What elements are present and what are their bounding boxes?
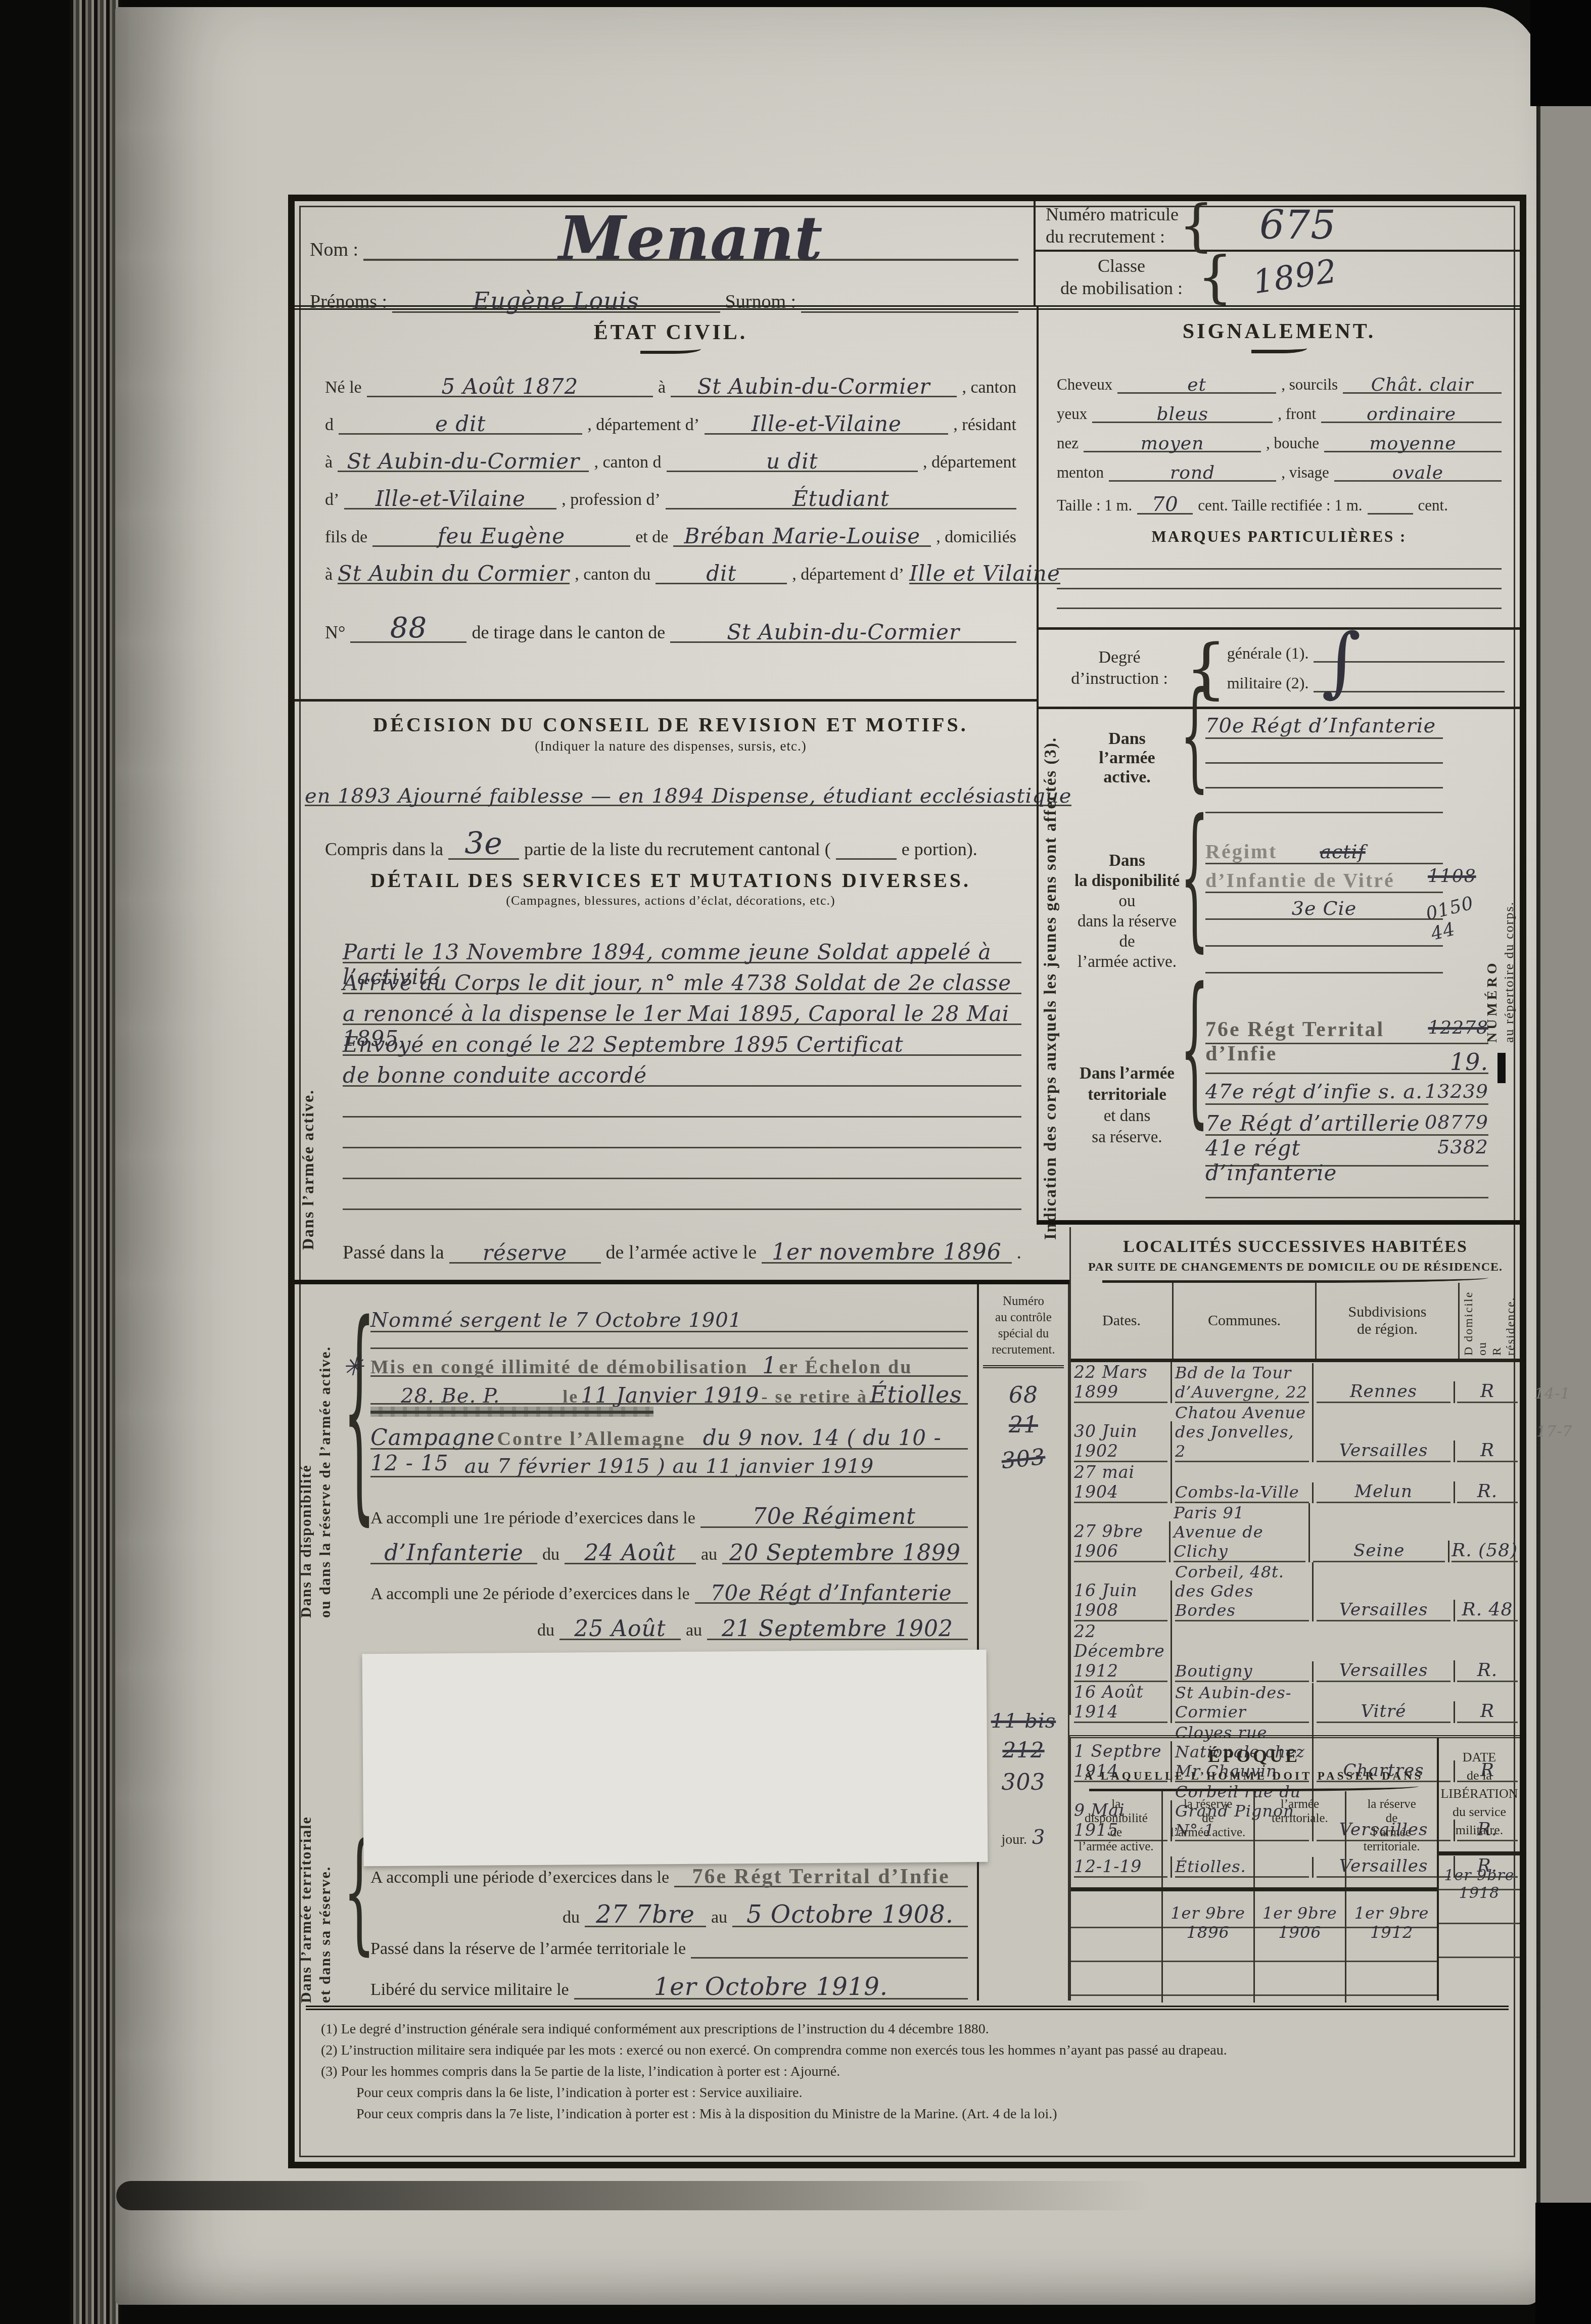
menton-label: menton <box>1057 463 1104 482</box>
matricule-label-line1: Numéro matricule <box>1046 203 1179 225</box>
epoque-headers: la disponibilité de l’armée active. la r… <box>1071 1791 1437 1891</box>
dans-label: Dans <box>1074 729 1180 749</box>
ruled-line <box>1057 570 1502 589</box>
footnote-2: (2) L’instruction militaire sera indiqué… <box>321 2042 1493 2059</box>
decision-entry: en 1893 Ajourné faiblesse — en 1894 Disp… <box>305 784 1071 808</box>
loc-date: 27 9bre 1906 <box>1074 1521 1166 1562</box>
passe-label: Passé dans la <box>343 1241 444 1264</box>
armee-active-side-label: Dans l’armée active. <box>299 1038 317 1250</box>
scan-corner-top-right <box>1530 0 1591 106</box>
footnote-1: (1) Le degré d’instruction générale sera… <box>321 2021 1493 2037</box>
retire-place: Étiolles <box>870 1381 962 1408</box>
periode-terr-fin: 5 Octobre 1908. <box>746 1900 954 1929</box>
and-of-label: et de <box>635 528 668 547</box>
canton-value: u dit <box>766 449 818 474</box>
ruled-line <box>343 1179 1021 1210</box>
side-label-line2: et dans sa réserve. <box>317 1568 334 2003</box>
service-line: Arrivé au Corps le dit jour, n° mle 4738… <box>343 970 1011 995</box>
degre-label2: d’instruction : <box>1054 668 1185 689</box>
taille-rectifiee-label: cent. Taille rectifiée : 1 m. <box>1198 496 1362 515</box>
matricule-value: 675 <box>1259 203 1336 248</box>
localites-header-row: Dates. Communes. Subdivisions de région.… <box>1071 1283 1520 1362</box>
du-label: du <box>563 1908 580 1927</box>
epoque-subtitle: À LAQUELLE L’HOMME DOIT PASSER DANS <box>1071 1770 1437 1783</box>
campagne-line2: au 7 février 1915 ) au 11 janvier 1919 <box>370 1450 968 1477</box>
loc-commune: Boutigny <box>1175 1661 1309 1682</box>
classe-value: 1892 <box>1251 253 1340 302</box>
numero-value: 0150 44 <box>1424 886 1507 945</box>
loc-commune: St Aubin-des-Cormier <box>1175 1683 1309 1723</box>
footnote-5: Pour ceux compris dans la 7e liste, l’in… <box>321 2106 1493 2122</box>
canton-label: , canton <box>962 378 1016 397</box>
marques-title: MARQUES PARTICULIÈRES : <box>1057 528 1502 546</box>
periode2-row2: du 25 Août au 21 Septembre 1902 <box>370 1613 968 1640</box>
departement-label: , département d’ <box>587 415 699 435</box>
regiment-7-artillerie: 7e Régt d’artillerie <box>1205 1111 1420 1140</box>
mother-name: Bréban Marie-Louise <box>684 524 920 548</box>
controle-number-struck: 303 <box>978 1442 1069 1476</box>
canton-value: e dit <box>435 411 486 436</box>
liberation-row: Libéré du service militaire le 1er Octob… <box>370 1970 968 2000</box>
periode1-arme: d’Infanterie <box>384 1540 524 1566</box>
liberation-label: Libéré du service militaire le <box>370 1980 569 2000</box>
service-line: Envoyé en congé le 22 Septembre 1895 Cer… <box>343 1032 904 1057</box>
draw-number: 88 <box>390 612 427 644</box>
cheveux-label: Cheveux <box>1057 376 1112 394</box>
loc-dr: R <box>1457 1701 1518 1723</box>
sourcils-value: Chât. clair <box>1371 375 1473 395</box>
col-dates: Dates. <box>1071 1283 1174 1359</box>
birth-date: 5 Août 1872 <box>441 374 578 399</box>
controle-number: 303 <box>979 1770 1068 1795</box>
liste-row: Compris dans la 3e partie de la liste du… <box>325 823 1012 860</box>
compris-label: Compris dans la <box>325 839 443 860</box>
book-page-edges <box>70 0 120 2324</box>
ruled-line <box>1205 739 1443 764</box>
section-divider <box>295 1280 1069 1284</box>
du-label: du <box>542 1545 559 1564</box>
corps-side-label: Indication des corps auxquels les jeunes… <box>1042 724 1060 1240</box>
loc-dr: R. 48 <box>1457 1599 1518 1621</box>
loc-date: 22 Décembre 1912 <box>1074 1621 1167 1682</box>
degre-instruction-block: Degré d’instruction : { générale (1). mi… <box>1039 627 1520 709</box>
corps-active-label: Dans l’armée active. <box>1074 729 1180 787</box>
numero-19: 19. <box>1450 1048 1488 1076</box>
regiment-47-numero: 13239 <box>1425 1080 1488 1109</box>
campagne-line1: Campagne Contre l’Allemagne du 9 nov. 14… <box>370 1420 968 1450</box>
ruled-line <box>343 1087 1021 1118</box>
draw-canton: St Aubin-du-Cormier <box>727 620 960 644</box>
loc-commune: Chatou Avenue des Jonvelles, 2 <box>1175 1403 1309 1462</box>
loc-date: 16 Août 1914 <box>1074 1682 1167 1723</box>
liberation-column: DATE de la LIBÉRATION du service militai… <box>1437 1738 1520 2001</box>
passe-reserve-terr-label: Passé dans la réserve de l’armée territo… <box>370 1939 686 1959</box>
classe-label-line2: de mobilisation : <box>1046 277 1197 299</box>
periode-terr-debut: 27 7bre <box>596 1900 695 1929</box>
dispo-numbers: 1108 0150 44 <box>1428 866 1504 936</box>
etat-civil-title: ÉTAT CIVIL. <box>325 320 1016 345</box>
loc-date: 16 Juin 1908 <box>1074 1581 1167 1621</box>
localites-row: 27 mai 1904Combs-la-VilleMelunR. <box>1071 1462 1520 1503</box>
front-value: ordinaire <box>1367 404 1456 425</box>
conseil-revision-section: DÉCISION DU CONSEIL DE REVISION ET MOTIF… <box>295 702 1037 777</box>
footnotes: (1) Le degré d’instruction générale sera… <box>306 2006 1509 2157</box>
periode1-row1: A accompli une 1re période d’exercices d… <box>370 1501 968 1528</box>
loc-subdivision: Versailles <box>1317 1440 1450 1462</box>
ruled-line <box>1205 788 1443 813</box>
side-label-line1: Dans l’armée territoriale <box>298 1568 315 2003</box>
controle-special-column: Numéro au contrôle spécial du recrutemen… <box>977 1284 1069 2001</box>
corps-terr-label: Dans l’armée territoriale et dans sa rés… <box>1069 1063 1185 1148</box>
controle-number-struck: 212 <box>979 1738 1068 1762</box>
right-divider <box>1037 1220 1520 1225</box>
brace: { <box>1180 667 1209 805</box>
liste-partie: 3e <box>464 826 503 861</box>
footnote-4: Pour ceux compris dans la 6e liste, l’in… <box>321 2085 1493 2101</box>
degre-militaire-label: militaire (2). <box>1227 674 1309 692</box>
campagne-word: Campagne <box>370 1425 495 1451</box>
campagne-dates2: au 7 février 1915 ) au 11 janvier 1919 <box>464 1455 874 1478</box>
nez-label: nez <box>1057 434 1079 452</box>
loc-subdivision: Seine <box>1313 1541 1445 1562</box>
nez-value: moyen <box>1141 433 1204 454</box>
matricule-label-line2: du recrutement : <box>1046 225 1179 248</box>
passe-label2: de l’armée active le <box>606 1241 757 1264</box>
loc-dr: R <box>1457 1381 1518 1403</box>
profession-value: Étudiant <box>792 486 890 511</box>
epoque-title: ÉPOQUE <box>1071 1745 1437 1767</box>
ruled-line <box>1057 546 1502 570</box>
decision-entry-row: en 1893 Ajourné faiblesse — en 1894 Disp… <box>305 781 1033 806</box>
liberation-date: 1er Octobre 1919. <box>654 1973 888 2001</box>
dans-label: Dans <box>1069 851 1185 871</box>
canton-label: , canton du <box>575 565 650 584</box>
de-label: de <box>1069 932 1185 952</box>
decision-title: DÉCISION DU CONSEIL DE REVISION ET MOTIF… <box>325 713 1016 736</box>
ruled-line <box>1205 947 1443 973</box>
disponibilite-zone: { Dans la disponibilité ou dans la réser… <box>295 1284 977 1653</box>
struck-stamp-bar <box>370 1405 968 1420</box>
matricule-header: Numéro matricule du recrutement : { 675 … <box>1034 201 1520 305</box>
passe-dest: réserve <box>483 1240 567 1265</box>
visage-label: , visage <box>1281 463 1329 482</box>
degre-handwritten-mark: ∫ <box>1322 618 1362 706</box>
regiment-7-numero: 08779 <box>1425 1111 1488 1140</box>
jour-value: 3 <box>1032 1826 1045 1849</box>
loc-subdivision: Vitré <box>1317 1701 1450 1723</box>
controle-header: Numéro au contrôle spécial du recrutemen… <box>979 1293 1068 1358</box>
repertoire-words: au répertoire du corps. <box>1502 739 1517 1043</box>
demob-stamp-line2: 28. Be. P. le 11 Janvier 1919 - se retir… <box>370 1377 968 1405</box>
numero-struck: 1108 <box>1428 866 1504 887</box>
periode2-regiment: 70e Régt d’Infanterie <box>711 1581 952 1605</box>
periode1-label: A accompli une 1re période d’exercices d… <box>370 1509 695 1528</box>
parents-residence: St Aubin du Cormier <box>338 561 570 586</box>
et-dans-label: et dans <box>1069 1105 1185 1127</box>
controle-number-struck: 21 <box>979 1412 1068 1438</box>
bouche-label: , bouche <box>1266 434 1319 452</box>
retire-stamp: - se retire à <box>761 1386 868 1407</box>
epoque-col4: la réserve de l’armée territoriale. <box>1346 1791 1437 1887</box>
son-of-label: fils de <box>325 528 367 547</box>
controle-number-struck: 11 bis <box>979 1709 1068 1733</box>
compagnie-value: 3e Cie <box>1292 897 1356 919</box>
scan-corner-bottom-right <box>1535 2203 1591 2324</box>
brace: { <box>1197 245 1233 309</box>
periode1-debut: 24 Août <box>584 1540 676 1566</box>
le-stamp: le <box>563 1386 579 1407</box>
register-scan: 14-1 17-7 Nom : Menant Prénoms : Eugène … <box>0 0 1591 2324</box>
corps-active-value: 70e Régt d’Infanterie <box>1205 714 1436 737</box>
periode1-row2: d’Infanterie du 24 Août au 20 Septembre … <box>370 1537 968 1564</box>
next-page-edge <box>1540 0 1591 2324</box>
stamp-76-territ: 76e Régt Territal d’Infie <box>1205 1017 1428 1048</box>
actif-struck: actif <box>1320 841 1365 863</box>
localites-title: LOCALITÉS SUCCESSIVES HABITÉES <box>1071 1237 1520 1257</box>
name-value: Menant <box>559 203 823 274</box>
front-label: , front <box>1278 405 1316 423</box>
col-communes: Communes. <box>1174 1283 1317 1359</box>
ou-label: ou <box>1069 891 1185 911</box>
canton-label: , canton d <box>594 453 661 472</box>
domiciled-label: , domiciliés <box>936 528 1016 547</box>
father-name: feu Eugène <box>438 524 565 548</box>
campagne-stamp: Contre l’Allemagne <box>497 1428 686 1450</box>
margin-pencil-note: 14-1 <box>1534 1385 1570 1403</box>
brace: { <box>1180 954 1209 1145</box>
residence-place: St Aubin-du-Cormier <box>347 449 580 474</box>
period-label: . <box>1017 1241 1022 1264</box>
cent-label: cent. <box>1418 496 1448 515</box>
passage-reserve-row: Passé dans la réserve de l’armée active … <box>343 1236 1021 1264</box>
etat-civil-section: ÉTAT CIVIL. Né le 5 Août 1872 à St Aubin… <box>295 305 1037 702</box>
draw-label: de tirage dans le canton de <box>472 622 665 643</box>
sourcils-label: , sourcils <box>1281 376 1338 394</box>
liberation-header: DATE de la LIBÉRATION du service militai… <box>1439 1738 1520 1839</box>
periode1-regiment: 70e Régiment <box>753 1504 916 1529</box>
taille-value: 70 <box>1152 493 1179 516</box>
au-label: au <box>686 1621 702 1640</box>
echelon-number: 1 <box>762 1353 777 1379</box>
loc-subdivision: Melun <box>1317 1481 1450 1503</box>
compris-label2: partie de la liste du recrutement canton… <box>524 839 831 860</box>
ruled-line <box>1205 764 1443 788</box>
periode2-debut: 25 Août <box>574 1616 666 1642</box>
loc-dr: R. (58) <box>1452 1540 1518 1562</box>
margin-pencil-note: 17-7 <box>1536 1423 1572 1440</box>
of-label: d’ <box>325 490 339 509</box>
col-domicile-residence: D domicile ou R résidence. <box>1460 1283 1520 1359</box>
signalement-title: SIGNALEMENT. <box>1039 319 1520 344</box>
ruled-line <box>1205 920 1443 947</box>
loc-subdivision: Rennes <box>1317 1381 1450 1403</box>
matricule-form: Nom : Menant Prénoms : Eugène Louis Surn… <box>288 195 1526 2168</box>
loc-date: 30 Juin 1902 <box>1074 1421 1167 1462</box>
ruled-line <box>343 1118 1021 1148</box>
services-subtitle: (Campagnes, blessures, actions d’éclat, … <box>325 893 1016 908</box>
localites-subtitle: PAR SUITE DE CHANGEMENTS DE DOMICILE OU … <box>1071 1261 1520 1274</box>
at-label: à <box>325 453 333 472</box>
loc-dr: R. <box>1457 1481 1518 1503</box>
classe-label-line1: Classe <box>1046 255 1197 277</box>
header-band: Nom : Menant Prénoms : Eugène Louis Surn… <box>295 201 1520 310</box>
localites-row: 30 Juin 1902Chatou Avenue des Jonvelles,… <box>1071 1403 1520 1462</box>
decision-subtitle: (Indiquer la nature des dispenses, sursi… <box>325 738 1016 754</box>
taille-label: Taille : 1 m. <box>1057 496 1132 515</box>
of-label: d <box>325 415 334 435</box>
asterisk-mark: ✳ <box>342 1352 364 1381</box>
controle-number: 68 <box>979 1382 1068 1408</box>
compris-label3: e portion). <box>902 839 977 860</box>
reserve-label: dans la réserve <box>1069 911 1185 932</box>
territoriale-side-label: Dans l’armée territoriale et dans sa rés… <box>298 1568 334 2003</box>
departement-label: , département d’ <box>792 565 904 584</box>
regiment-76-stamp: 76e Régt Territal d’Infie <box>692 1865 950 1888</box>
r-residence-label: R résidence. <box>1490 1286 1518 1356</box>
au-label: au <box>711 1908 727 1927</box>
armee-active-label: l’armée active. <box>1074 749 1180 787</box>
loc-subdivision: Versailles <box>1317 1600 1450 1621</box>
col-subdivisions: Subdivisions de région. <box>1317 1283 1460 1359</box>
localites-row: 16 Juin 1908Corbeil, 48t. des Gdes Borde… <box>1071 1562 1520 1621</box>
bouche-value: moyenne <box>1369 433 1456 454</box>
promotion-line: Nommé sergent le 7 Octobre 1901 <box>370 1309 742 1332</box>
epoque-col3: l’armée territoriale. <box>1255 1791 1347 1887</box>
visage-value: ovale <box>1392 462 1443 483</box>
numero-struck: 12278 <box>1428 1017 1488 1048</box>
identity-header: Nom : Menant Prénoms : Eugène Louis Surn… <box>295 201 1034 305</box>
canton-value: dit <box>706 561 736 586</box>
epoque-col2: la réserve de l’armée active. <box>1163 1791 1255 1887</box>
vitre-stamp-line2: d’Infantie de Vitré <box>1205 869 1395 892</box>
birth-place: St Aubin-du-Cormier <box>697 374 930 399</box>
vitre-stamp-line1: Régimt <box>1205 840 1277 863</box>
ruled-line <box>370 1332 968 1349</box>
departement-value: Ille-et-Vilaine <box>376 486 526 511</box>
d-domicile-label: D domicile ou <box>1462 1286 1489 1356</box>
loc-commune: Bd de la Tour d’Auvergne, 22 <box>1175 1363 1309 1403</box>
loc-commune: Paris 91 Avenue de Clichy <box>1174 1503 1305 1562</box>
numero-bar <box>1498 1053 1506 1083</box>
periode2-fin: 21 Septembre 1902 <box>722 1616 953 1642</box>
loc-dr: R. <box>1457 1660 1518 1682</box>
ruled-line <box>343 1148 1021 1179</box>
localites-table: LOCALITÉS SUCCESSIVES HABITÉES PAR SUITE… <box>1069 1227 1520 1715</box>
periode2-label: A accompli une 2e période d’exercices da… <box>370 1585 690 1604</box>
menton-value: rond <box>1170 462 1215 483</box>
au-label: au <box>701 1545 717 1564</box>
sa-reserve-label: sa réserve. <box>1069 1127 1185 1148</box>
at-label: à <box>658 378 666 397</box>
corps-dispo-label: Dans la disponibilité ou dans la réserve… <box>1069 851 1185 972</box>
dispo-label: la disponibilité <box>1069 871 1185 891</box>
jour-label: jour. <box>1001 1832 1027 1848</box>
yeux-label: yeux <box>1057 405 1087 423</box>
epoque-col1: la disponibilité de l’armée active. <box>1071 1791 1163 1887</box>
degre-generale-label: générale (1). <box>1227 644 1309 663</box>
service-line: de bonne conduite accordé <box>343 1063 647 1088</box>
periode2-row1: A accompli une 2e période d’exercices da… <box>370 1577 968 1604</box>
epoque-table: ÉPOQUE À LAQUELLE L’HOMME DOIT PASSER DA… <box>1069 1735 1520 2001</box>
du-label: du <box>537 1621 554 1640</box>
departement-value: Ille-et-Vilaine <box>752 411 902 436</box>
footnote-3: (3) Pour les hommes compris dans la 5e p… <box>321 2064 1493 2080</box>
services-title-block: DÉTAIL DES SERVICES ET MUTATIONS DIVERSE… <box>295 868 1037 908</box>
epoque-values: 1er 9bre 1896 1er 9bre 1906 1er 9bre 191… <box>1071 1891 1437 2003</box>
territoriale-label: territoriale <box>1069 1084 1185 1105</box>
pasted-slip <box>362 1650 988 1867</box>
echelon-stamp-text: er Échelon du <box>779 1357 912 1378</box>
loc-commune: Corbeil, 48t. des Gdes Bordes <box>1175 1562 1309 1621</box>
localites-row: 22 Mars 1899Bd de la Tour d’Auvergne, 22… <box>1071 1362 1520 1403</box>
localites-row: 16 Août 1914St Aubin-des-CormierVitréR <box>1071 1682 1520 1723</box>
born-label: Né le <box>325 378 362 397</box>
demob-stamp-line1: ✳ Mis en congé illimité de démobilisatio… <box>370 1349 968 1377</box>
periode-terr-label: A accompli une période d’exercices dans … <box>370 1868 669 1887</box>
loc-dr: R <box>1457 1440 1518 1462</box>
dans-armee-label: Dans l’armée <box>1069 1063 1185 1084</box>
periode1-fin: 20 Septembre 1899 <box>729 1540 961 1566</box>
regiment-47: 47e régt d’infie s. a. <box>1205 1080 1423 1109</box>
demob-stamp-text: Mis en congé illimité de démobilisation <box>370 1357 748 1378</box>
localites-row: 27 9bre 1906Paris 91 Avenue de ClichySei… <box>1071 1503 1520 1562</box>
periode-terr-row2: du 27 7bre au 5 Octobre 1908. <box>370 1897 968 1927</box>
loc-subdivision: Versailles <box>1317 1660 1450 1682</box>
armee-active-label: l’armée active. <box>1069 952 1185 972</box>
departement-label: , département <box>923 453 1016 472</box>
right-column: SIGNALEMENT. Cheveux et , sourcils Chât.… <box>1037 305 1520 1220</box>
degre-label1: Degré <box>1054 647 1185 668</box>
corps-affectation-zone: Indication des corps auxquels les jeunes… <box>1039 709 1520 1260</box>
residing-label: , résidant <box>953 415 1016 435</box>
localites-row: 22 Décembre 1912BoutignyVersaillesR. <box>1071 1621 1520 1682</box>
services-title: DÉTAIL DES SERVICES ET MUTATIONS DIVERSE… <box>325 868 1016 892</box>
page-curl-shadow <box>116 2181 1152 2210</box>
at-label: à <box>325 565 333 584</box>
ruled-line <box>1057 589 1502 609</box>
loc-date: 22 Mars 1899 <box>1074 1362 1167 1403</box>
brace: { <box>1180 787 1209 967</box>
profession-label: , profession d’ <box>561 490 660 509</box>
loc-commune: Combs-la-Ville <box>1175 1482 1309 1503</box>
armee-active-zone: Dans l’armée active. Parti le 13 Novembr… <box>295 932 1037 1285</box>
passe-reserve-terr-row: Passé dans la réserve de l’armée territo… <box>370 1939 968 1959</box>
number-label: N° <box>325 622 345 643</box>
loc-date: 27 mai 1904 <box>1074 1462 1167 1503</box>
demob-date: 11 Janvier 1919 <box>581 1383 759 1408</box>
name-label: Nom : <box>310 239 358 261</box>
cheveux-value: et <box>1187 375 1206 395</box>
passe-date: 1er novembre 1896 <box>772 1239 1002 1265</box>
yeux-value: bleus <box>1156 404 1208 425</box>
